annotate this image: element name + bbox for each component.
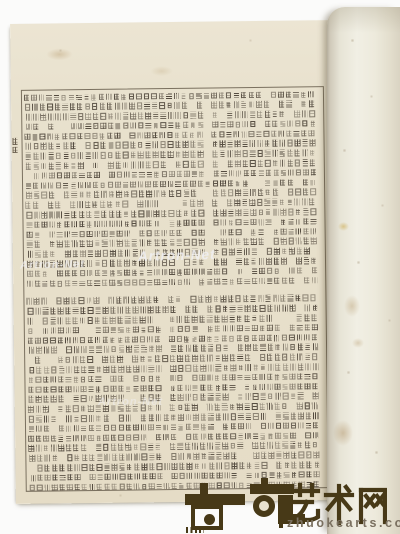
glyph-cell [47,133,52,140]
glyph-cell [127,464,132,470]
glyph-cell [26,143,31,150]
glyph-cell [199,171,204,177]
glyph-cell [146,191,151,198]
glyph-cell [108,113,113,119]
glyph-cell [221,219,226,226]
glyph-cell [139,210,144,217]
glyph-cell [286,130,291,137]
glyph-cell [119,483,124,490]
glyph-cell [133,424,138,431]
glyph-cell [72,231,77,238]
glyph-cell [175,112,180,119]
glyph-cell [264,131,269,138]
glyph-cell [170,443,175,450]
glyph-cell [151,93,156,100]
glyph-cell [97,474,102,481]
glyph-cell [87,298,92,304]
glyph-cell [109,221,114,228]
glyph-cell [52,464,57,471]
glyph-cell [108,162,113,169]
glyph-cell [208,365,213,372]
glyph-cell [192,171,197,178]
glyph-cell [33,124,38,131]
glyph-cell [276,422,281,429]
glyph-cell [257,111,262,118]
glyph-cell [111,366,116,373]
glyph-cell [123,142,128,149]
glyph-cell [313,393,318,400]
glyph-cell [286,91,291,98]
glyph-cell [117,220,122,227]
glyph-cell [122,94,127,100]
glyph-cell [123,152,128,159]
glyph-cell [36,367,41,374]
glyph-cell [211,102,216,109]
glyph-cell [85,182,90,189]
glyph-cell [64,298,69,305]
glyph-cell [235,150,240,157]
glyph-cell [147,230,152,237]
glyph-cell [66,357,70,362]
glyph-cell [178,394,183,401]
glyph-cell [111,425,116,432]
glyph-cell [280,140,285,147]
glyph-cell [193,384,198,391]
glyph-cell [138,152,143,159]
glyph-cell [52,416,56,421]
glyph-cell [131,297,136,304]
glyph-cell [145,142,150,149]
glyph-cell [239,394,243,399]
glyph-cell [214,239,218,244]
glyph-cell [28,318,33,325]
glyph-cell [108,181,113,188]
glyph-cell [198,296,203,303]
artnet-wordmark-text: 艺术网 [183,467,184,468]
glyph-cell [283,452,288,459]
glyph-cell [229,220,233,225]
glyph-cell [184,269,189,276]
glyph-cell [302,120,307,127]
glyph-cell [238,413,243,420]
glyph-cell [267,268,272,275]
glyph-cell [253,433,258,440]
glyph-cell [97,454,102,461]
glyph-cell [287,160,292,167]
glyph-cell [132,240,137,247]
glyph-cell [112,454,117,461]
column-gap [205,139,212,149]
glyph-cell [236,171,241,177]
glyph-cell [44,446,48,451]
glyph-cell [133,260,137,265]
glyph-cell [296,257,301,264]
glyph-cell [78,201,83,208]
glyph-cell [86,123,91,130]
glyph-cell [26,163,31,170]
glyph-cell [259,315,264,322]
glyph-cell [62,104,67,111]
glyph-cell [67,464,72,471]
glyph-cell [186,433,191,440]
glyph-cell [50,241,54,246]
paper-stain [151,66,173,76]
glyph-cell [94,163,98,168]
glyph-cell [182,102,187,109]
glyph-cell [37,455,42,462]
glyph-cell [144,103,149,110]
glyph-cell [273,160,278,166]
glyph-cell [28,406,33,413]
glyph-cell [243,296,248,303]
glyph-cell [226,92,231,99]
glyph-cell [149,463,154,470]
glyph-cell [146,122,151,129]
glyph-cell [111,327,116,334]
glyph-cell [45,474,50,481]
glyph-cell [302,101,306,106]
glyph-cell [253,384,257,389]
glyph-cell [280,121,285,128]
glyph-cell [243,209,248,216]
glyph-cell [179,453,184,460]
glyph-cell [148,376,153,382]
watermark-url: zhuokearts.com [287,516,400,530]
glyph-cell [230,364,235,371]
glyph-cell [27,241,32,248]
glyph-cell [278,91,283,98]
glyph-cell [66,327,71,334]
glyph-cell [118,307,123,314]
glyph-cell [162,269,167,276]
glyph-cell [73,435,78,442]
glyph-cell [296,219,300,224]
glyph-cell [103,444,108,451]
glyph-cell [155,172,160,178]
glyph-cell [189,93,194,99]
spine-glyph [13,146,18,153]
glyph-cell [103,434,108,441]
glyph-cell [36,396,41,403]
glyph-cell [302,150,307,157]
glyph-cell [184,278,189,285]
glyph-cell [250,121,255,128]
glyph-cell [109,153,113,158]
glyph-cell [140,307,145,314]
glyph-cell [172,463,177,470]
glyph-cell [170,404,175,411]
glyph-cell [36,376,41,383]
glyph-cell [227,200,232,207]
glyph-cell [305,383,310,390]
glyph-cell [265,150,270,157]
glyph-cell [214,268,219,275]
glyph-cell [214,278,219,285]
glyph-cell [96,425,101,432]
glyph-cell [100,103,105,110]
glyph-cell [313,363,318,370]
glyph-cell [256,101,261,108]
glyph-cell [28,251,33,258]
glyph-cell [147,171,152,178]
glyph-cell [251,189,256,196]
glyph-cell [237,354,242,361]
glyph-cell [89,396,93,401]
glyph-cell [74,366,79,373]
glyph-cell [65,307,70,314]
glyph-cell [124,171,129,178]
glyph-cell [26,153,31,160]
glyph-cell [87,192,92,198]
glyph-cell [27,212,32,219]
glyph-cell [111,385,116,392]
glyph-cell [57,172,62,179]
glyph-cell [236,229,241,236]
glyph-cell [123,113,128,120]
glyph-cell [27,192,32,199]
glyph-cell [303,179,308,186]
glyph-cell [176,122,181,128]
glyph-cell [260,403,265,410]
glyph-cell [201,345,206,352]
glyph-cell [253,393,258,400]
glyph-cell [311,334,316,341]
glyph-cell [59,366,64,373]
glyph-cell [256,91,261,98]
glyph-cell [229,315,234,322]
glyph-cell [220,151,225,157]
glyph-cell [242,111,247,118]
glyph-cell [268,344,273,351]
column-gap [205,110,212,120]
glyph-cell [36,347,41,354]
glyph-cell [251,170,256,177]
glyph-cell [111,444,116,451]
glyph-cell [43,308,48,315]
glyph-cell [149,483,154,490]
glyph-cell [290,383,295,390]
glyph-cell [289,277,294,284]
glyph-cell [133,375,138,382]
glyph-cell [295,160,300,167]
glyph-cell [41,143,46,150]
glyph-cell [81,318,85,323]
glyph-cell [304,334,309,341]
glyph-cell [152,102,157,109]
glyph-cell [93,182,98,189]
glyph-cell [223,306,228,312]
glyph-cell [81,406,85,411]
glyph-cell [266,190,270,195]
glyph-cell [92,103,97,110]
glyph-cell [192,336,196,341]
glyph-cell [155,355,160,362]
glyph-cell [242,150,247,157]
glyph-cell [213,112,217,117]
glyph-cell [133,307,138,314]
glyph-cell [312,373,317,380]
glyph-cell [228,190,233,197]
glyph-cell [99,93,104,100]
glyph-cell [290,305,295,312]
glyph-cell [313,451,318,458]
glyph-cell [103,356,108,363]
glyph-cell [148,385,153,392]
glyph-cell [105,474,110,481]
glyph-cell [36,406,41,413]
glyph-cell [79,298,84,305]
glyph-cell [167,132,172,139]
glyph-cell [153,161,158,168]
glyph-cell [286,101,291,108]
glyph-cell [245,403,250,410]
glyph-cell [197,200,202,207]
glyph-cell [252,248,257,255]
glyph-cell [50,317,55,324]
glyph-cell [192,355,197,362]
glyph-cell [33,202,38,209]
glyph-cell [227,102,231,107]
glyph-cell [130,132,135,139]
glyph-cell [169,269,174,276]
glyph-cell [164,425,168,430]
glyph-cell [115,132,120,139]
glyph-cell [312,314,317,321]
glyph-cell [272,140,277,147]
glyph-cell [304,248,309,255]
glyph-cell [37,465,42,472]
glyph-cell [72,280,77,287]
glyph-cell [102,260,107,267]
glyph-cell [281,228,286,235]
glyph-cell [178,405,182,410]
glyph-cell [215,364,220,371]
glyph-cell [86,152,91,159]
glyph-cell [81,386,86,393]
glyph-cell [94,221,99,228]
glyph-cell [312,258,317,264]
glyph-cell [227,151,232,158]
glyph-cell [273,112,277,117]
glyph-cell [183,112,188,118]
glyph-cell [265,121,270,128]
glyph-cell [162,171,167,178]
glyph-cell [215,306,220,313]
glyph-cell [190,180,195,187]
glyph-cell [73,250,78,257]
glyph-cell [71,123,76,130]
glyph-cell [235,141,240,148]
glyph-cell [269,452,274,459]
glyph-cell [104,454,109,461]
glyph-cell [130,113,135,120]
glyph-cell [178,279,182,284]
glyph-cell [283,344,288,351]
spine-glyph [12,138,17,145]
glyph-cell [104,464,109,471]
glyph-cell [114,93,119,100]
glyph-cell [212,200,217,207]
glyph-cell [66,445,71,452]
glyph-cell [216,385,220,390]
glyph-cell [93,152,98,159]
glyph-cell [305,442,310,449]
glyph-cell [227,141,232,148]
glyph-cell [250,150,255,157]
glyph-cell [140,356,144,361]
glyph-cell [123,201,128,208]
glyph-cell [313,412,318,419]
glyph-cell [231,423,236,430]
glyph-cell [297,334,302,341]
glyph-cell [72,221,77,228]
glyph-cell [111,337,115,342]
logo-block [250,484,294,494]
glyph-cell [131,152,136,158]
glyph-cell [249,131,254,138]
glyph-cell [252,305,257,312]
glyph-cell [34,144,39,150]
glyph-cell [88,317,93,324]
glyph-cell [57,231,62,238]
glyph-cell [266,258,271,265]
glyph-cell [65,405,70,412]
glyph-cell [267,315,272,322]
logo-block [200,483,208,494]
glyph-cell [267,383,272,390]
glyph-cell [81,395,86,402]
glyph-cell [220,180,225,187]
glyph-cell [251,238,256,245]
glyph-cell [154,230,159,237]
glyph-cell [35,251,40,258]
glyph-cell [145,152,150,159]
glyph-cell [237,305,242,312]
glyph-cell [117,230,122,237]
glyph-cell [168,296,173,303]
glyph-cell [215,336,219,341]
glyph-cell [72,241,77,248]
glyph-cell [82,484,87,491]
glyph-cell [244,278,249,285]
glyph-cell [66,386,71,393]
glyph-cell [250,295,255,302]
glyph-cell [138,122,143,129]
glyph-cell [87,231,92,238]
glyph-cell [141,434,146,441]
glyph-cell [66,347,71,354]
glyph-cell [138,161,143,168]
glyph-cell [73,386,78,393]
glyph-cell [215,355,219,360]
glyph-cell [282,354,287,361]
glyph-cell [63,143,68,150]
glyph-cell [261,413,266,420]
glyph-cell [29,426,34,433]
artron-ghost-watermark: Artron-Net [98,396,163,408]
glyph-cell [267,403,272,410]
glyph-cell [294,130,299,137]
glyph-cell [185,404,190,411]
glyph-cell [43,435,48,442]
glyph-cell [183,122,188,129]
glyph-cell [156,434,161,441]
glyph-cell [148,306,153,313]
glyph-cell [35,241,40,248]
glyph-cell [257,140,262,147]
glyph-cell [223,443,228,450]
glyph-cell [37,484,42,491]
